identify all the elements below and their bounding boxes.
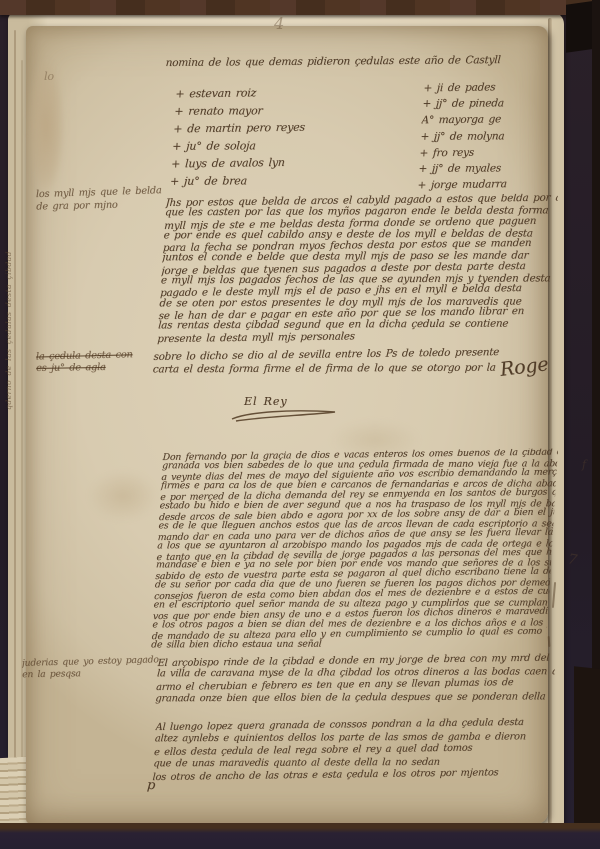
paragraph-2: sobre lo dicho se dio al de sevilla entr… — [152, 347, 500, 380]
paragraph-3: Don fernando por la graçia de dios e vac… — [151, 449, 558, 655]
margin-note-3: juderias que yo estoy pagadoen la pesqsa — [22, 655, 162, 682]
roster-entry: + luys de avalos lyn — [171, 153, 342, 173]
paragraph-1: Jhs por estos que belda de arcos el caby… — [157, 194, 558, 348]
book-binding-top — [0, 0, 600, 15]
roster-entry: + jj° de myales — [418, 160, 549, 177]
folio-number-mark: 4 — [274, 14, 284, 33]
paragraph-5: Al luengo lopez quera granada de conssos… — [152, 718, 556, 788]
roster-entry: + jj° de molyna — [420, 128, 551, 145]
roster-right-column: + ji de pades+ jj° de pinedaA° mayorga g… — [417, 79, 554, 196]
showthrough-ink-mark: f — [582, 458, 586, 471]
rubric-underline-flourish — [230, 407, 340, 423]
margin-note-2-struck: la çedula desta cones ju° de agla — [36, 349, 166, 375]
roster-entry: + jj° de pineda — [422, 95, 553, 112]
paragraph-4: El arçobispo rinde de la çibdad e donde … — [155, 654, 556, 710]
text-line: carta el desta forma firme el de firma d… — [152, 361, 499, 376]
page-edge-line — [14, 30, 16, 800]
roster-entry: + jorge mudarra — [417, 176, 548, 194]
roster-entry: + fro reys — [419, 143, 550, 161]
roster-left-column: + estevan roiz+ renato mayor+ de martin … — [169, 84, 346, 196]
book-cover-corner — [574, 666, 600, 849]
roster-entry: + estevan roiz — [175, 84, 346, 104]
spine-vertical-note: qderno de las çedulas desta çibdad — [4, 170, 13, 410]
roster-entry: + ju° de brea — [170, 172, 341, 190]
roster-entry: + ji de pades — [423, 79, 554, 97]
roster-entry: + renato mayor — [174, 101, 345, 119]
showthrough-ink-mark: 7 — [567, 551, 578, 568]
manuscript-photo: 4 nomina de los que demas pidieron çedul… — [0, 0, 600, 849]
margin-note-line: es ju° de agla — [36, 361, 166, 375]
paper-stain — [88, 470, 158, 522]
margin-note-1: los myll mjs que le beldade gra por mjno — [36, 184, 169, 213]
text-line: granada onze bien que ellos bien de la ç… — [155, 691, 554, 705]
edge-stub-mark: lo — [44, 70, 54, 83]
roster-entry: + ju° de soloja — [172, 137, 343, 155]
book-bottom-shadow — [0, 823, 600, 849]
roster-entry: + de martin pero reyes — [173, 118, 344, 138]
bottom-ink-mark: p — [146, 778, 155, 794]
roster-entry: A° mayorga ge — [421, 111, 552, 129]
text-line: de silla bien dicho estaua una señal — [151, 638, 547, 650]
